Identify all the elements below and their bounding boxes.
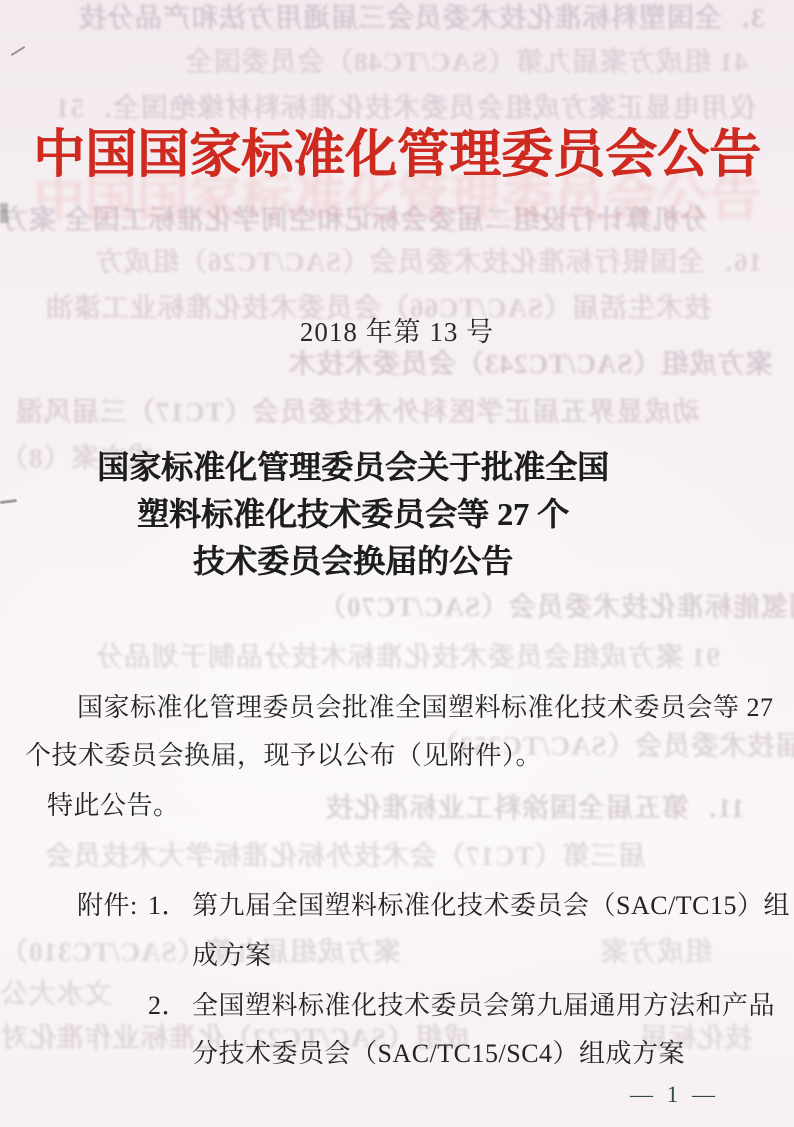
body-closing-line: 特此公告。 — [47, 790, 180, 822]
heading-line-3: 技术委员会换届的公告 — [0, 538, 750, 585]
attachment-2-line-1: 全国塑料标准化技术委员会第九届通用方法和产品 — [192, 990, 775, 1022]
scanned-announcement-page: { "document": { "masthead": "中国国家标准化管理委员… — [0, 0, 794, 1127]
attachment-1-line-2: 成方案 — [192, 940, 272, 972]
scan-artifact-mark — [11, 46, 26, 56]
attachment-2-number: 2． — [148, 990, 188, 1022]
body-paragraph-line-1: 国家标准化管理委员会批准全国塑料标准化技术委员会等 27 — [77, 692, 774, 724]
heading-line-2: 塑料标准化技术委员会等 27 个 — [0, 491, 750, 538]
issue-number-line: 2018 年第 13 号 — [0, 310, 794, 349]
attachment-1-line-1: 第九届全国塑料标准化技术委员会（SAC/TC15）组 — [192, 890, 790, 922]
heading-line-1: 国家标准化管理委员会关于批准全国 — [0, 444, 750, 491]
attachment-1-number: 1． — [148, 890, 188, 922]
attachments-label: 附件: — [77, 890, 138, 922]
attachment-2-line-2: 分技术委员会（SAC/TC15/SC4）组成方案 — [192, 1038, 685, 1070]
page-number: — 1 — — [630, 1082, 719, 1108]
masthead-title: 中国国家标准化管理委员会公告 — [0, 126, 794, 186]
body-paragraph-line-2: 个技术委员会换届，现予以公布（见附件）。 — [25, 740, 542, 772]
scan-artifact-mark — [0, 203, 8, 223]
document-front: 中国国家标准化管理委员会公告 中国国家标准化管理委员会公告 2018 年第 13… — [0, 0, 794, 1127]
announcement-heading: 国家标准化管理委员会关于批准全国 塑料标准化技术委员会等 27 个 技术委员会换… — [0, 444, 750, 585]
